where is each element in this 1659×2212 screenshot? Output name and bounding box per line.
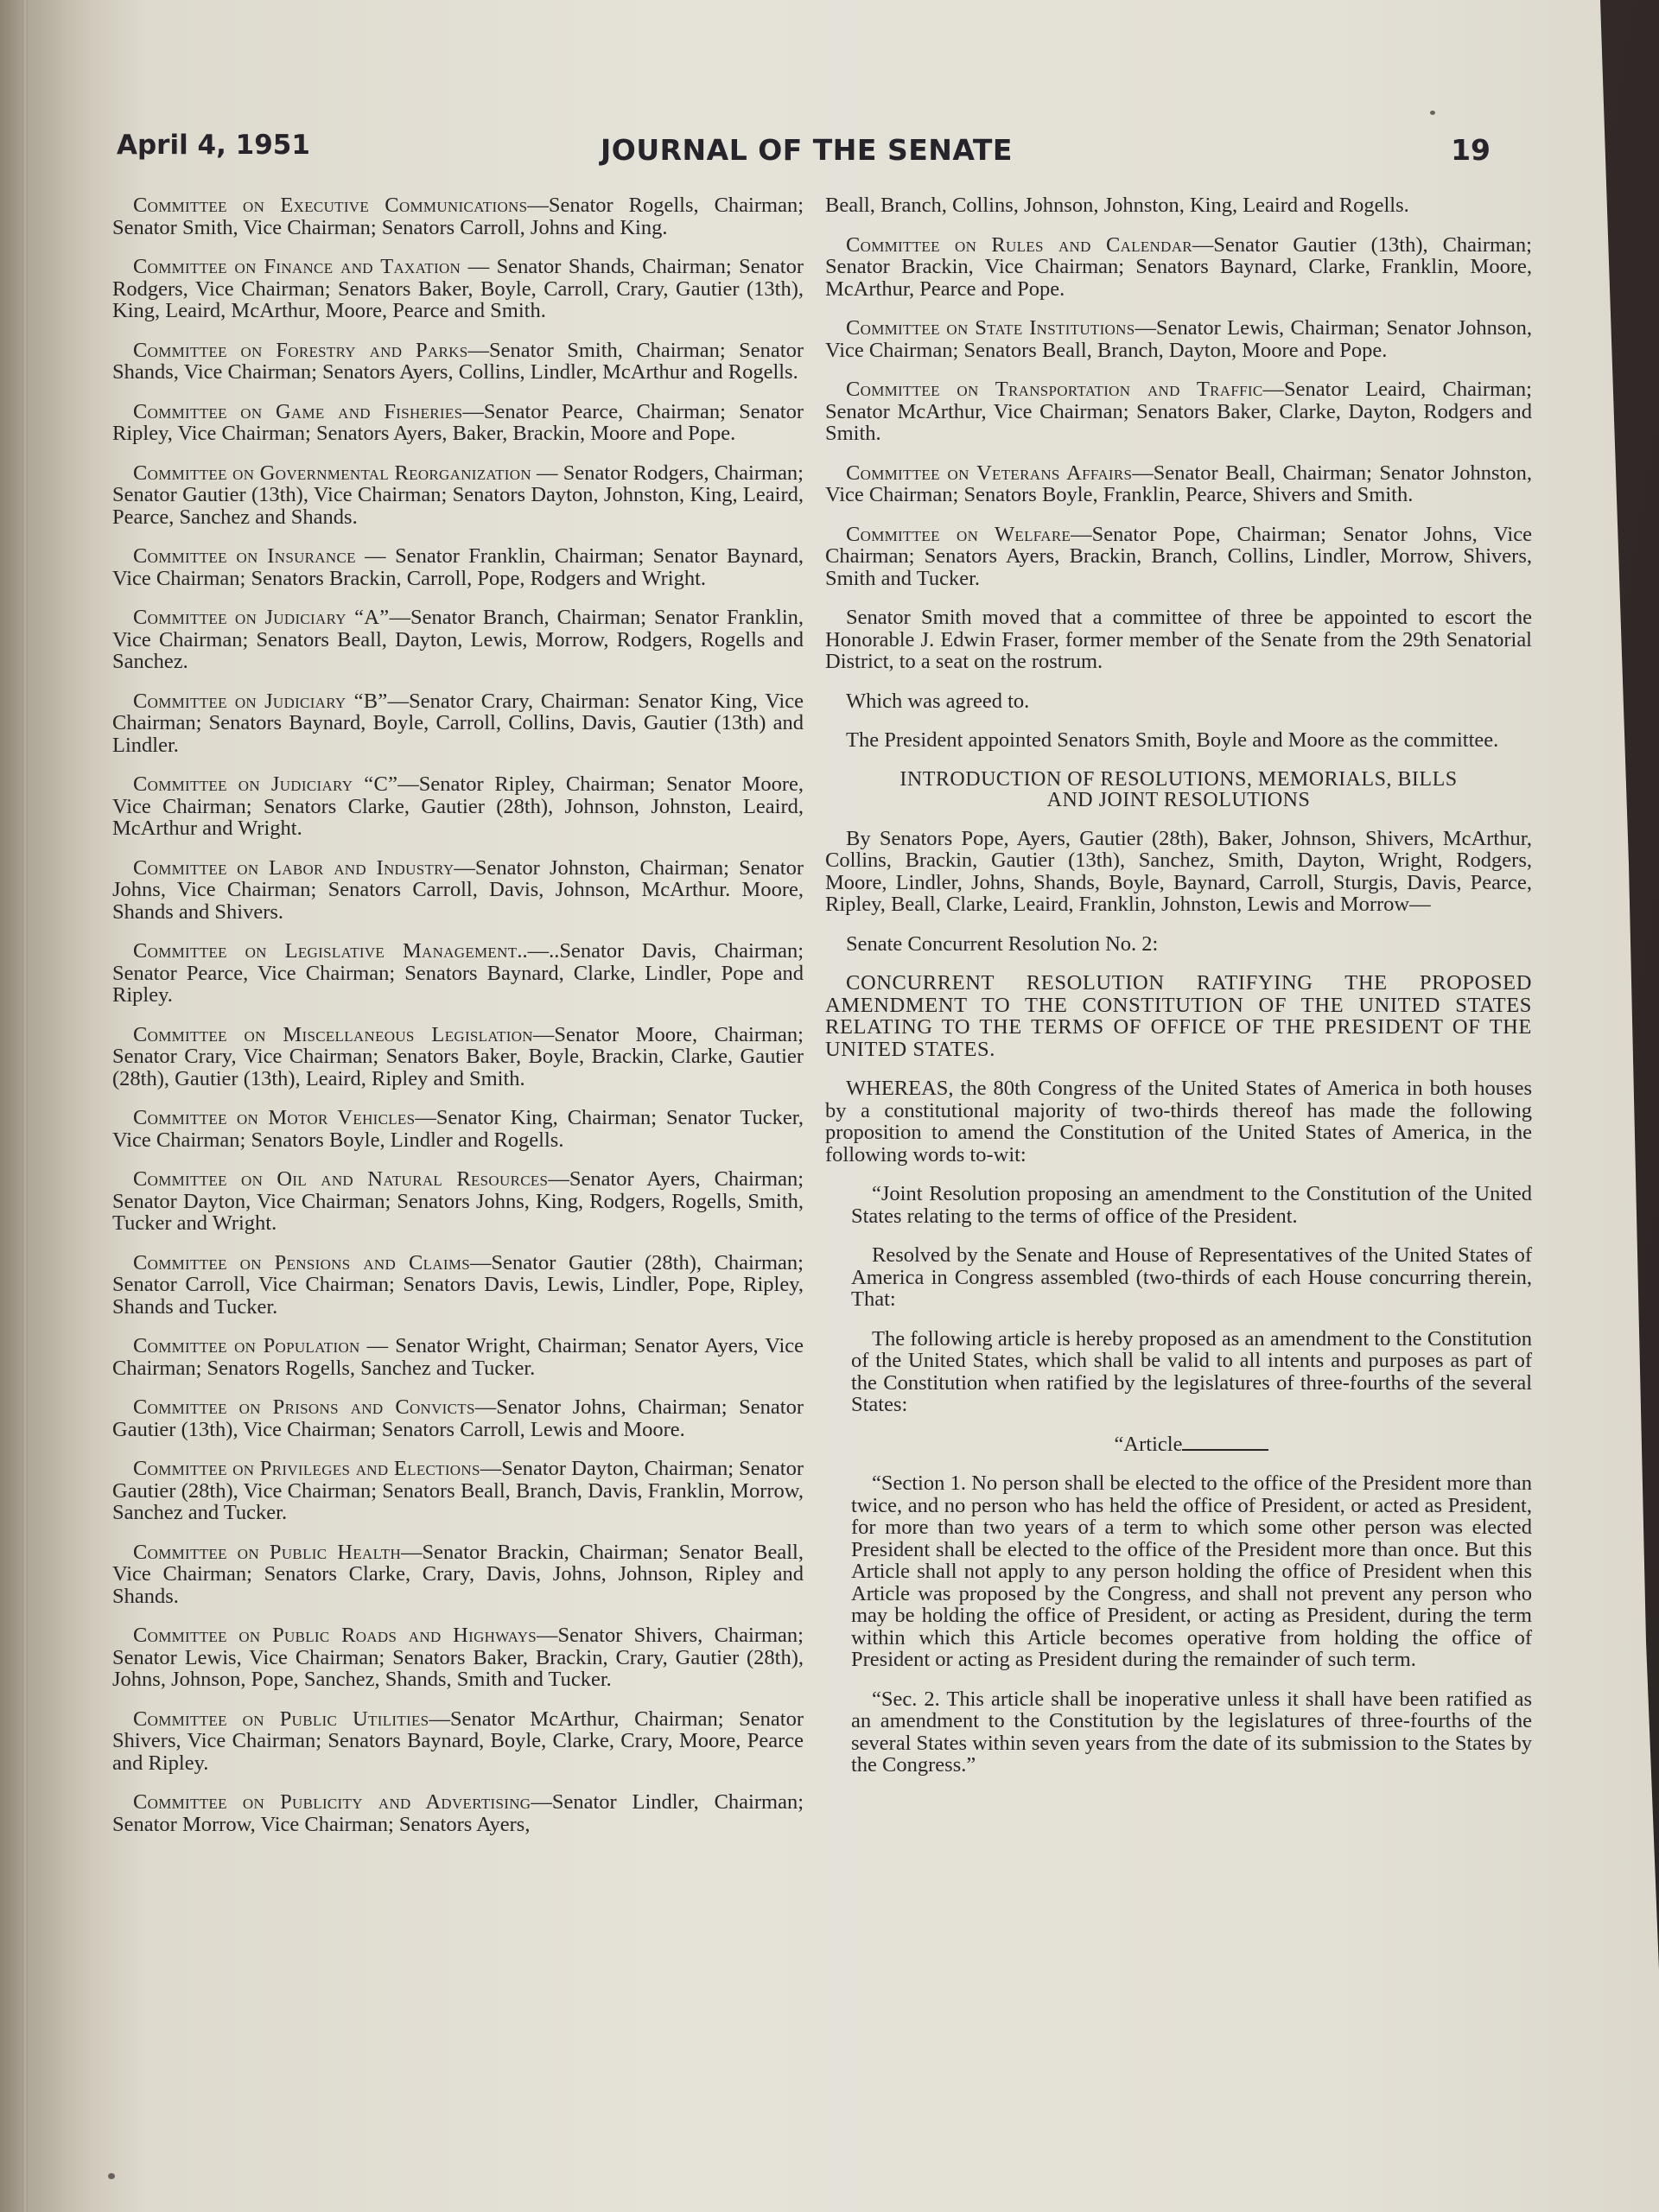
committee-entry: Committee on Population — Senator Wright… xyxy=(112,1335,804,1379)
separator-dash: — xyxy=(360,1334,396,1357)
committee-name: Committee on Oil and Natural Resources xyxy=(133,1167,548,1191)
separator-dash: — xyxy=(470,1251,492,1274)
separator-dash: — xyxy=(527,194,549,217)
committee-name: Committee on Insurance xyxy=(133,544,356,568)
article-number-blank xyxy=(1182,1433,1268,1451)
committee-name: Committee on Public Utilities xyxy=(133,1707,429,1731)
following-article-text: The following article is hereby proposed… xyxy=(851,1328,1532,1416)
sponsors-text: By Senators Pope, Ayers, Gautier (28th),… xyxy=(825,828,1532,916)
separator-dash: — xyxy=(356,544,395,568)
committee-name: Committee on Motor Vehicles xyxy=(133,1106,415,1129)
committee-entry: Committee on Insurance — Senator Frankli… xyxy=(112,545,804,589)
binding-fold xyxy=(22,0,28,2212)
committee-name: Committee on Forestry and Parks xyxy=(133,339,467,362)
separator-dash: — xyxy=(548,1167,569,1191)
section-2-text: “Sec. 2. This article shall be inoperati… xyxy=(851,1688,1532,1777)
section-heading-line: AND JOINT RESOLUTIONS xyxy=(825,790,1532,810)
section-1-text: “Section 1. No person shall be elected t… xyxy=(851,1472,1532,1671)
committee-entry: Committee on Pensions and Claims—Senator… xyxy=(112,1252,804,1319)
separator-dash: — xyxy=(531,1790,552,1814)
separator-dash: — xyxy=(1132,461,1154,485)
committee-entry: Committee on Executive Communications—Se… xyxy=(112,194,804,238)
motion-text: Senator Smith moved that a committee of … xyxy=(825,607,1532,673)
committee-name: Committee on Pensions and Claims xyxy=(133,1251,470,1274)
journal-title: JOURNAL OF THE SENATE xyxy=(601,133,1013,167)
committee-entry: Committee on Game and Fisheries—Senator … xyxy=(112,401,804,445)
committee-name: Committee on Executive Communications xyxy=(133,194,527,217)
committee-entry: Committee on Judiciary “A”—Senator Branc… xyxy=(112,607,804,673)
committee-name: Committee on Governmental Reorganization xyxy=(133,461,531,485)
committee-name: Committee on Public Health xyxy=(133,1541,401,1564)
committee-name: Committee on Finance and Taxation xyxy=(133,255,461,278)
section-heading: INTRODUCTION OF RESOLUTIONS, MEMORIALS, … xyxy=(825,769,1532,810)
separator-dash: — xyxy=(454,856,475,880)
left-column: Committee on Executive Communications—Se… xyxy=(112,194,804,1853)
article-label-text: “Article xyxy=(1115,1433,1183,1456)
committee-entry: Committee on Finance and Taxation — Sena… xyxy=(112,256,804,322)
committee-entry: Committee on Governmental Reorganization… xyxy=(112,462,804,529)
committee-name: Committee on Judiciary “C” xyxy=(133,772,397,796)
committee-name: Committee on Judiciary “A” xyxy=(133,606,389,629)
committee-name: Committee on Welfare xyxy=(846,523,1071,546)
separator-dash: — xyxy=(397,772,419,796)
continuation-text: Beall, Branch, Collins, Johnson, Johnsto… xyxy=(825,194,1532,217)
committee-entry: Committee on Judiciary “C”—Senator Riple… xyxy=(112,773,804,840)
committee-name: Committee on Privileges and Elections xyxy=(133,1457,480,1480)
committee-name: Committee on Veterans Affairs xyxy=(846,461,1132,485)
page-header: April 4, 1951 JOURNAL OF THE SENATE 19 xyxy=(117,130,1491,173)
separator-dash: — xyxy=(389,606,410,629)
committee-entry: Committee on Prisons and Convicts—Senato… xyxy=(112,1396,804,1440)
committee-entry: Committee on Rules and Calendar—Senator … xyxy=(825,234,1532,301)
committee-entry: Committee on Motor Vehicles—Senator King… xyxy=(112,1107,804,1151)
committee-entry: Committee on Public Utilities—Senator Mc… xyxy=(112,1708,804,1775)
joint-resolution-text: “Joint Resolution proposing an amendment… xyxy=(851,1183,1532,1227)
committee-entry: Committee on Legislative Management..—..… xyxy=(112,940,804,1007)
article-label: “Article xyxy=(851,1433,1532,1456)
committee-name: Committee on Miscellaneous Legislation xyxy=(133,1023,533,1046)
committee-name: Committee on Rules and Calendar xyxy=(846,233,1192,257)
page-date: April 4, 1951 xyxy=(117,130,310,161)
separator-dash: — xyxy=(1192,233,1214,257)
committee-name: Committee on Legislative Management xyxy=(133,939,517,963)
right-column: Beall, Branch, Collins, Johnson, Johnsto… xyxy=(825,194,1532,1794)
committee-entry: Committee on Public Roads and Highways—S… xyxy=(112,1624,804,1691)
appointment-text: The President appointed Senators Smith, … xyxy=(825,729,1532,752)
committee-entry: Committee on Privileges and Elections—Se… xyxy=(112,1458,804,1524)
separator-dash: ..—.. xyxy=(517,939,559,963)
separator-dash: — xyxy=(388,690,410,713)
separator-dash: — xyxy=(415,1106,436,1129)
committee-entry: Committee on Forestry and Parks—Senator … xyxy=(112,340,804,384)
separator-dash: — xyxy=(461,255,496,278)
ink-speck xyxy=(1430,111,1435,115)
ink-speck xyxy=(108,2173,115,2179)
separator-dash: — xyxy=(401,1541,423,1564)
separator-dash: — xyxy=(429,1707,450,1731)
committee-entry: Committee on Labor and Industry—Senator … xyxy=(112,857,804,924)
separator-dash: — xyxy=(537,1624,558,1647)
committee-name: Committee on Labor and Industry xyxy=(133,856,454,880)
committee-entry: Committee on Transportation and Traffic—… xyxy=(825,378,1532,445)
separator-dash: — xyxy=(462,400,484,423)
separator-dash: — xyxy=(1071,523,1092,546)
committee-entry: Committee on Public Health—Senator Brack… xyxy=(112,1541,804,1608)
separator-dash: — xyxy=(533,1023,555,1046)
committee-name: Committee on Public Roads and Highways xyxy=(133,1624,537,1647)
committee-list: Committee on Rules and Calendar—Senator … xyxy=(825,234,1532,590)
committee-name: Committee on Prisons and Convicts xyxy=(133,1395,475,1419)
committee-entry: Committee on Veterans Affairs—Senator Be… xyxy=(825,462,1532,506)
committee-name: Committee on Game and Fisheries xyxy=(133,400,462,423)
resolved-text: Resolved by the Senate and House of Repr… xyxy=(851,1244,1532,1311)
separator-dash: — xyxy=(1262,378,1284,401)
page-number: 19 xyxy=(1451,133,1491,167)
committee-entry: Committee on Publicity and Advertising—S… xyxy=(112,1791,804,1835)
committee-name: Committee on State Institutions xyxy=(846,316,1135,340)
section-heading-line: INTRODUCTION OF RESOLUTIONS, MEMORIALS, … xyxy=(825,769,1532,790)
committee-entry: Committee on Judiciary “B”—Senator Crary… xyxy=(112,690,804,757)
committee-entry: Committee on Miscellaneous Legislation—S… xyxy=(112,1024,804,1090)
committee-entry: Committee on Oil and Natural Resources—S… xyxy=(112,1168,804,1235)
separator-dash: — xyxy=(475,1395,497,1419)
committee-entry: Committee on Welfare—Senator Pope, Chair… xyxy=(825,524,1532,590)
committee-name: Committee on Transportation and Traffic xyxy=(846,378,1262,401)
separator-dash: — xyxy=(467,339,489,362)
committee-name: Committee on Publicity and Advertising xyxy=(133,1790,531,1814)
agreed-text: Which was agreed to. xyxy=(825,690,1532,713)
resolution-title: CONCURRENT RESOLUTION RATIFYING THE PROP… xyxy=(825,972,1532,1060)
separator-dash: — xyxy=(531,461,563,485)
committee-entry: Committee on State Institutions—Senator … xyxy=(825,317,1532,361)
whereas-text: WHEREAS, the 80th Congress of the United… xyxy=(825,1077,1532,1166)
resolution-label: Senate Concurrent Resolution No. 2: xyxy=(825,933,1532,956)
committee-name: Committee on Judiciary “B” xyxy=(133,690,388,713)
separator-dash: — xyxy=(1135,316,1156,340)
committee-name: Committee on Population xyxy=(133,1334,360,1357)
separator-dash: — xyxy=(480,1457,502,1480)
